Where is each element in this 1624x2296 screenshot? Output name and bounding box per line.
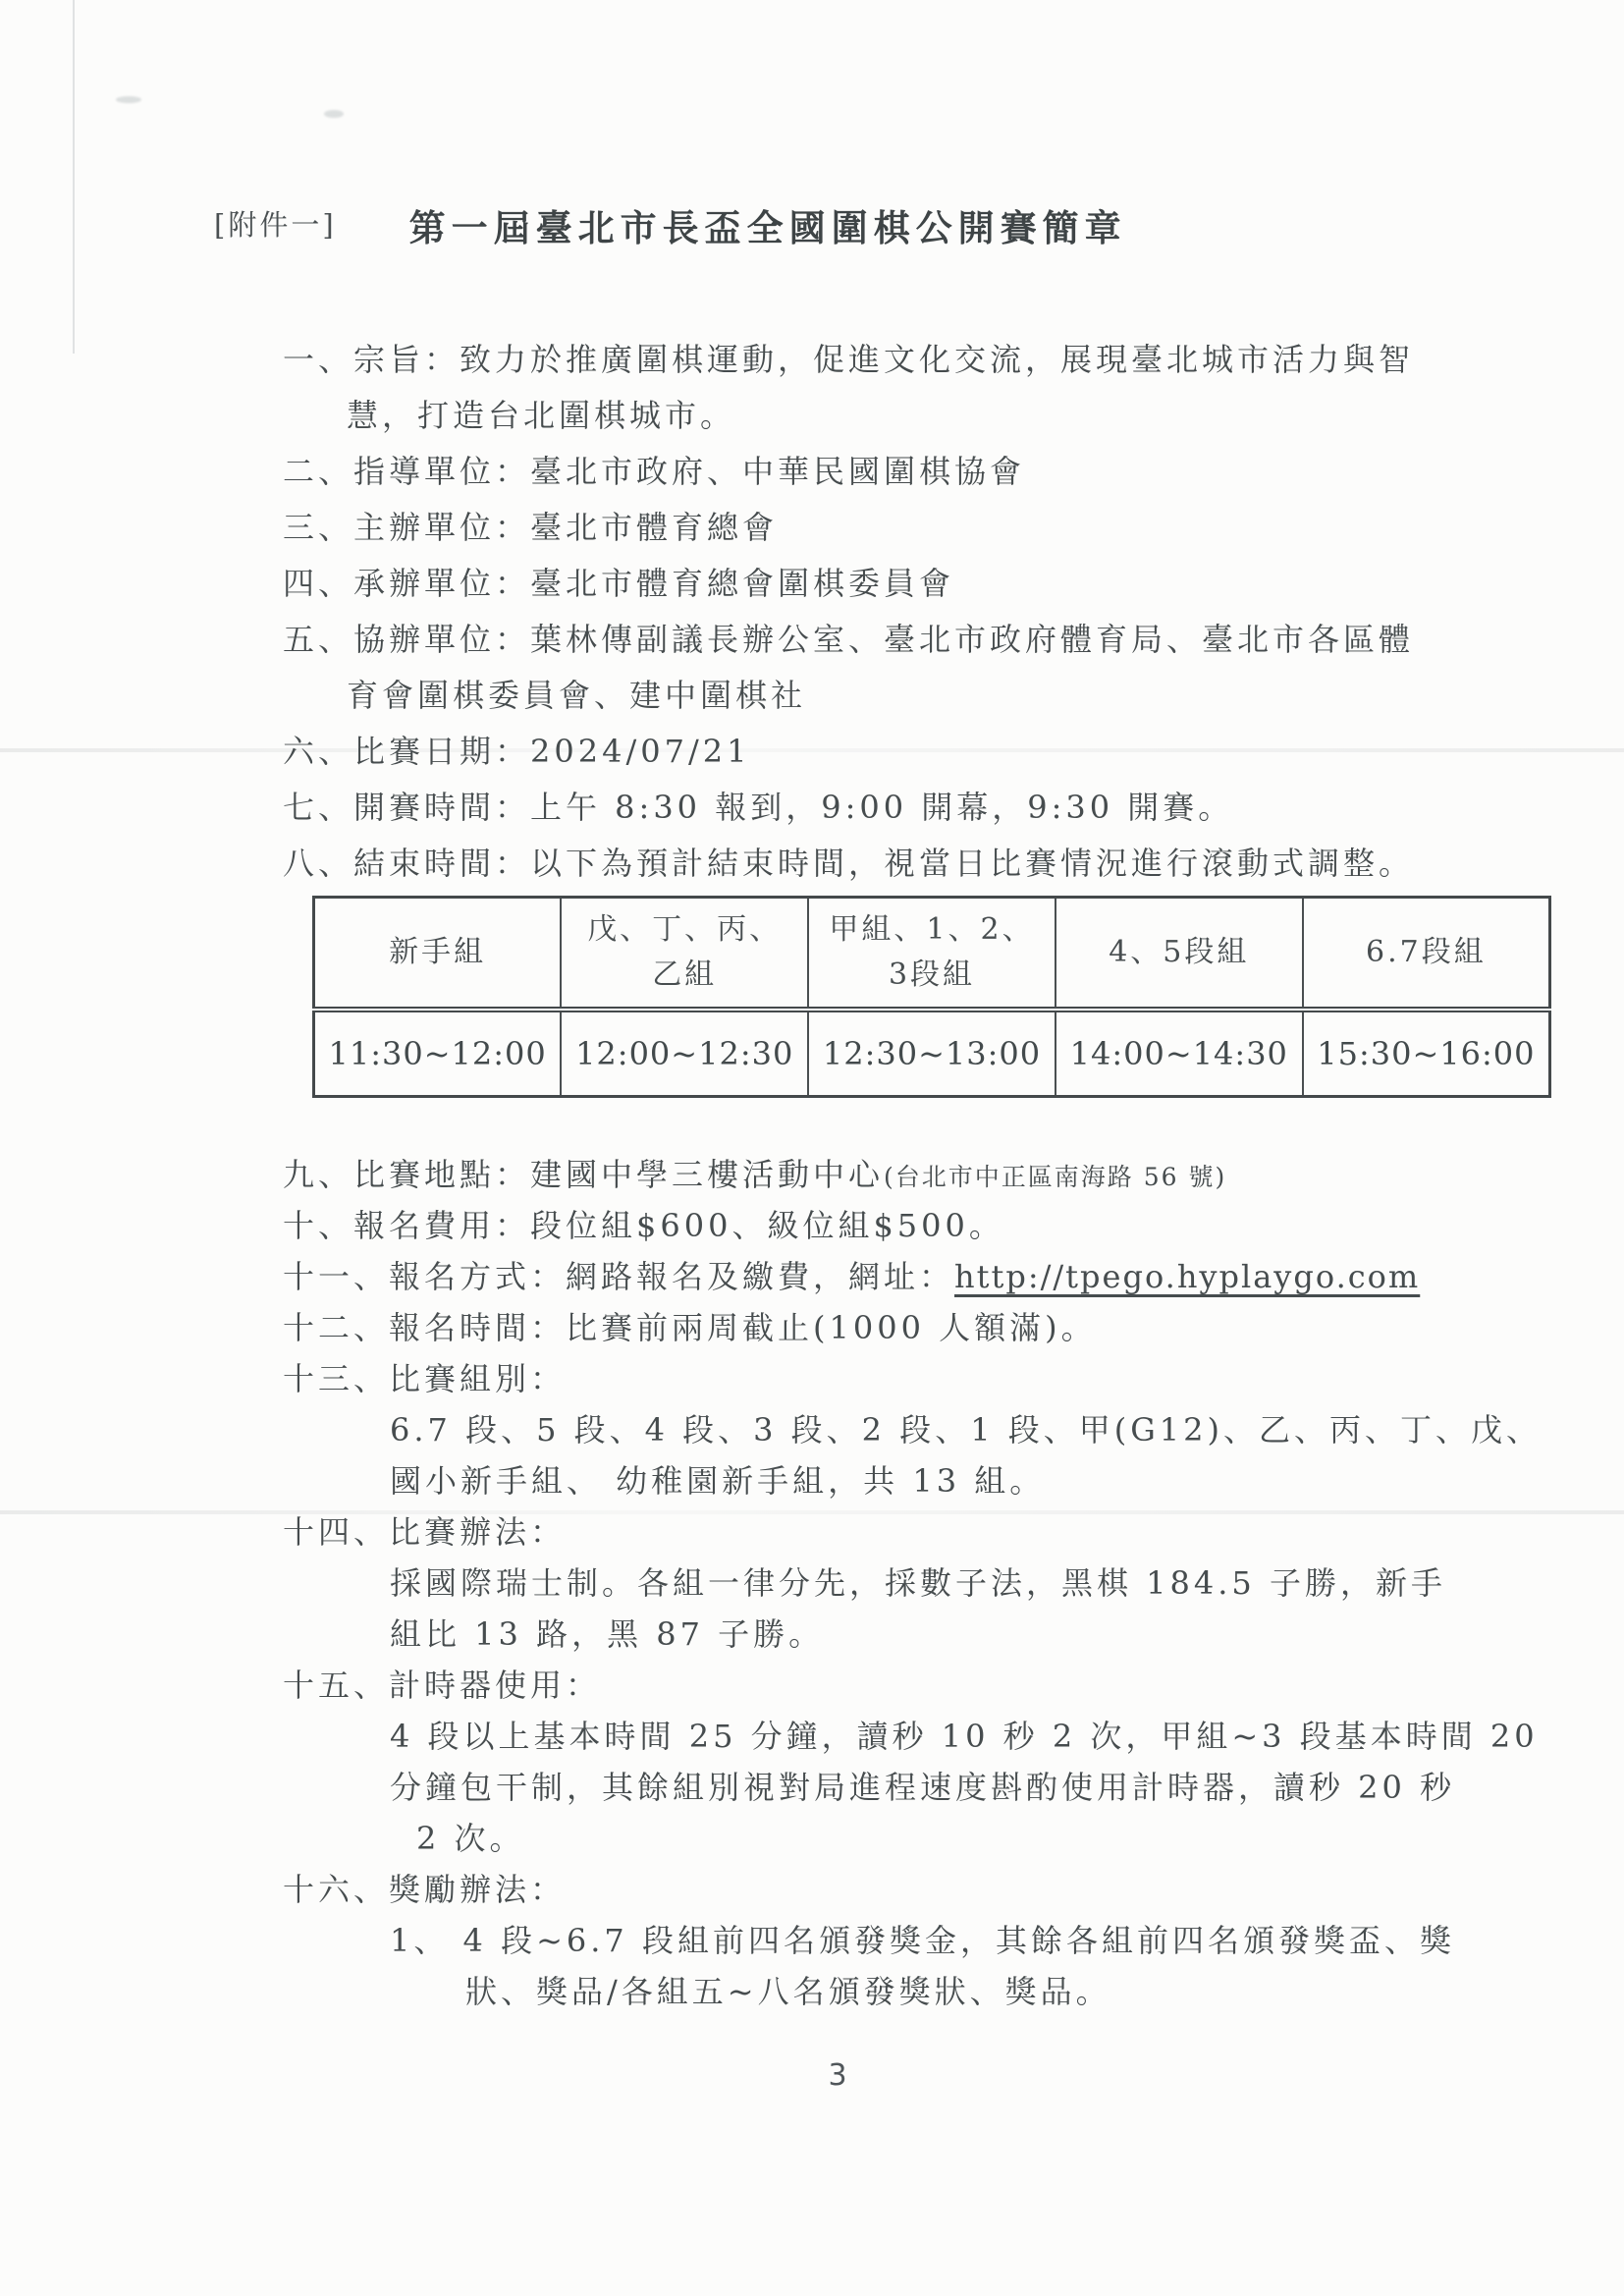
text-segment: 採國際瑞士制。各組一律分先，採數子法，黑棋 184.5 子勝，新手 bbox=[390, 1564, 1446, 1602]
doc-line: 一、宗旨：致力於推廣圍棋運動，促進文化交流，展現臺北城市活力與智 bbox=[0, 332, 1624, 388]
scan-smudge bbox=[324, 110, 344, 118]
text-segment: 狀、獎品/各組五~八名頒發獎狀、獎品。 bbox=[465, 1973, 1111, 2010]
doc-line: 十四、比賽辦法： bbox=[0, 1506, 1624, 1558]
text-segment: 九、比賽地點：建國中學三樓活動中心 bbox=[283, 1156, 884, 1193]
doc-line: 分鐘包干制，其餘組別視對局進程速度斟酌使用計時器，讀秒 20 秒 bbox=[0, 1762, 1624, 1813]
doc-line: 七、開賽時間：上午 8:30 報到，9:00 開幕，9:30 開賽。 bbox=[0, 780, 1624, 836]
doc-line: 九、比賽地點：建國中學三樓活動中心(台北市中正區南海路 56 號) bbox=[0, 1149, 1624, 1200]
text-segment: 分鐘包干制，其餘組別視對局進程速度斟酌使用計時器，讀秒 20 秒 bbox=[390, 1769, 1455, 1806]
doc-line: 十五、計時器使用： bbox=[0, 1660, 1624, 1711]
schedule-group-header: 甲組、1、2、 3段組 bbox=[808, 898, 1056, 1011]
page-number: 3 bbox=[0, 2058, 1624, 2093]
page-title: 第一屆臺北市長盃全國圍棋公開賽簡章 bbox=[409, 198, 1127, 251]
schedule-group-header: 戊、丁、丙、 乙組 bbox=[561, 898, 808, 1011]
schedule-group-header: 6.7段組 bbox=[1303, 898, 1550, 1011]
text-segment: 十一、報名方式：網路報名及繳費，網址： bbox=[283, 1258, 954, 1295]
doc-line: 八、結束時間：以下為預計結束時間，視當日比賽情況進行滾動式調整。 bbox=[0, 836, 1624, 892]
schedule-time-cell: 12:00~12:30 bbox=[561, 1010, 808, 1097]
text-segment: 組比 13 路，黑 87 子勝。 bbox=[390, 1615, 824, 1653]
doc-line: 育會圍棋委員會、建中圍棋社 bbox=[0, 668, 1624, 724]
doc-line: 組比 13 路，黑 87 子勝。 bbox=[0, 1609, 1624, 1660]
doc-line: 採國際瑞士制。各組一律分先，採數子法，黑棋 184.5 子勝，新手 bbox=[0, 1558, 1624, 1609]
schedule-time-cell: 12:30~13:00 bbox=[808, 1010, 1056, 1097]
text-segment: 三、主辦單位：臺北市體育總會 bbox=[283, 509, 778, 546]
text-segment: 八、結束時間：以下為預計結束時間，視當日比賽情況進行滾動式調整。 bbox=[283, 845, 1414, 882]
doc-line: 十一、報名方式：網路報名及繳費，網址：http://tpego.hyplaygo… bbox=[0, 1251, 1624, 1302]
text-segment: 四、承辦單位：臺北市體育總會圍棋委員會 bbox=[283, 565, 954, 602]
text-segment: 十六、獎勵辦法： bbox=[283, 1871, 566, 1908]
doc-line: 十、報名費用：段位組$600、級位組$500。 bbox=[0, 1200, 1624, 1251]
attachment-label: [附件一] bbox=[214, 208, 337, 242]
doc-line: 6.7 段、5 段、4 段、3 段、2 段、1 段、甲(G12)、乙、丙、丁、戊… bbox=[0, 1404, 1624, 1455]
schedule-group-header: 4、5段組 bbox=[1056, 898, 1303, 1011]
doc-line: 六、比賽日期：2024/07/21 bbox=[0, 724, 1624, 780]
text-segment: 十三、比賽組別： bbox=[283, 1360, 566, 1397]
doc-line: 慧，打造台北圍棋城市。 bbox=[0, 388, 1624, 444]
doc-line: 三、主辦單位：臺北市體育總會 bbox=[0, 500, 1624, 556]
text-segment: 十五、計時器使用： bbox=[283, 1667, 601, 1704]
text-segment: 十四、比賽辦法： bbox=[283, 1513, 566, 1551]
text-segment: 五、協辦單位：葉林傳副議長辦公室、臺北市政府體育局、臺北市各區體 bbox=[283, 621, 1414, 658]
doc-line: 二、指導單位：臺北市政府、中華民國圍棋協會 bbox=[0, 444, 1624, 500]
text-segment: 一、宗旨：致力於推廣圍棋運動，促進文化交流，展現臺北城市活力與智 bbox=[283, 341, 1414, 378]
document-body-top: 一、宗旨：致力於推廣圍棋運動，促進文化交流，展現臺北城市活力與智慧，打造台北圍棋… bbox=[0, 332, 1624, 892]
doc-line: 1、 4 段~6.7 段組前四名頒發獎金，其餘各組前四名頒發獎盃、獎 bbox=[0, 1915, 1624, 1966]
text-segment: 1、 4 段~6.7 段組前四名頒發獎金，其餘各組前四名頒發獎盃、獎 bbox=[390, 1922, 1455, 1959]
doc-line: 狀、獎品/各組五~八名頒發獎狀、獎品。 bbox=[0, 1966, 1624, 2017]
doc-line: 四、承辦單位：臺北市體育總會圍棋委員會 bbox=[0, 556, 1624, 612]
text-segment: 十、報名費用：段位組$600、級位組$500。 bbox=[283, 1207, 1004, 1244]
text-segment: 二、指導單位：臺北市政府、中華民國圍棋協會 bbox=[283, 453, 1025, 490]
doc-line: 2 次。 bbox=[0, 1813, 1624, 1864]
schedule-group-header: 新手組 bbox=[314, 898, 562, 1011]
text-segment: 七、開賽時間：上午 8:30 報到，9:00 開幕，9:30 開賽。 bbox=[283, 789, 1233, 826]
doc-line: 十三、比賽組別： bbox=[0, 1353, 1624, 1404]
schedule-time-cell: 15:30~16:00 bbox=[1303, 1010, 1550, 1097]
scanned-document-page: [附件一]第一屆臺北市長盃全國圍棋公開賽簡章 一、宗旨：致力於推廣圍棋運動，促進… bbox=[0, 0, 1624, 2296]
schedule-time-cell: 14:00~14:30 bbox=[1056, 1010, 1303, 1097]
text-segment: 十二、報名時間：比賽前兩周截止(1000 人額滿)。 bbox=[283, 1309, 1097, 1346]
text-segment: 國小新手組、 幼稚園新手組，共 13 組。 bbox=[390, 1462, 1045, 1500]
schedule-table-times-row: 11:30~12:0012:00~12:3012:30~13:0014:00~1… bbox=[314, 1010, 1550, 1097]
schedule-table-header-row: 新手組戊、丁、丙、 乙組甲組、1、2、 3段組4、5段組6.7段組 bbox=[314, 898, 1550, 1011]
doc-line: 國小新手組、 幼稚園新手組，共 13 組。 bbox=[0, 1455, 1624, 1506]
scan-edge-artifact bbox=[73, 0, 75, 354]
text-segment: (台北市中正區南海路 56 號) bbox=[884, 1163, 1226, 1191]
doc-line: 十六、獎勵辦法： bbox=[0, 1864, 1624, 1915]
schedule-table: 新手組戊、丁、丙、 乙組甲組、1、2、 3段組4、5段組6.7段組 11:30~… bbox=[312, 896, 1551, 1098]
registration-url: http://tpego.hyplaygo.com bbox=[954, 1258, 1420, 1295]
schedule-time-cell: 11:30~12:00 bbox=[314, 1010, 562, 1097]
text-segment: 6.7 段、5 段、4 段、3 段、2 段、1 段、甲(G12)、乙、丙、丁、戊… bbox=[390, 1411, 1542, 1449]
text-segment: 六、比賽日期：2024/07/21 bbox=[283, 733, 750, 770]
scan-smudge bbox=[116, 96, 141, 103]
text-segment: 育會圍棋委員會、建中圍棋社 bbox=[347, 677, 806, 714]
document-body-bottom: 九、比賽地點：建國中學三樓活動中心(台北市中正區南海路 56 號)十、報名費用：… bbox=[0, 1149, 1624, 2017]
text-segment: 2 次。 bbox=[416, 1820, 525, 1857]
text-segment: 4 段以上基本時間 25 分鐘，讀秒 10 秒 2 次，甲組~3 段基本時間 2… bbox=[390, 1718, 1539, 1755]
doc-line: 五、協辦單位：葉林傳副議長辦公室、臺北市政府體育局、臺北市各區體 bbox=[0, 612, 1624, 668]
doc-line: 4 段以上基本時間 25 分鐘，讀秒 10 秒 2 次，甲組~3 段基本時間 2… bbox=[0, 1711, 1624, 1762]
text-segment: 慧，打造台北圍棋城市。 bbox=[347, 397, 735, 434]
document-header: [附件一]第一屆臺北市長盃全國圍棋公開賽簡章 bbox=[214, 198, 1127, 251]
doc-line: 十二、報名時間：比賽前兩周截止(1000 人額滿)。 bbox=[0, 1302, 1624, 1353]
